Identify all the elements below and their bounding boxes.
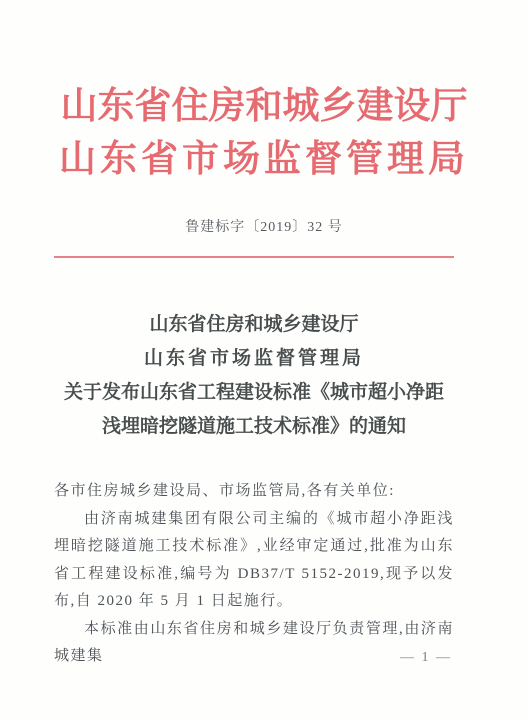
notice-title-line-2: 山东省市场监督管理局 — [54, 342, 454, 376]
notice-title-line-3: 关于发布山东省工程建设标准《城市超小净距 — [54, 376, 454, 410]
salutation-line: 各市住房城乡建设局、市场监管局,各有关单位: — [54, 478, 454, 506]
body-paragraph-2: 本标准由山东省住房和城乡建设厅负责管理,由济南城建集 — [54, 616, 454, 671]
page-number: — 1 — — [400, 650, 452, 666]
notice-title: 山东省住房和城乡建设厅 山东省市场监督管理局 关于发布山东省工程建设标准《城市超… — [54, 308, 454, 444]
notice-body: 各市住房城乡建设局、市场监管局,各有关单位: 由济南城建集团有限公司主编的《城市… — [54, 478, 454, 671]
notice-title-line-4: 浅埋暗挖隧道施工技术标准》的通知 — [54, 410, 454, 444]
body-paragraph-1: 由济南城建集团有限公司主编的《城市超小净距浅埋暗挖隧道施工技术标准》,业经审定通… — [54, 506, 454, 616]
document-number: 鲁建标字〔2019〕32 号 — [0, 216, 528, 236]
document-page: 山东省住房和城乡建设厅 山东省市场监督管理局 鲁建标字〔2019〕32 号 山东… — [0, 0, 528, 721]
notice-title-line-1: 山东省住房和城乡建设厅 — [54, 308, 454, 342]
red-divider-line — [54, 256, 454, 258]
agency-name-line-2: 山东省市场监督管理局 — [0, 133, 528, 186]
agency-name-line-1: 山东省住房和城乡建设厅 — [0, 80, 528, 133]
red-header-agency-block: 山东省住房和城乡建设厅 山东省市场监督管理局 — [0, 80, 528, 186]
